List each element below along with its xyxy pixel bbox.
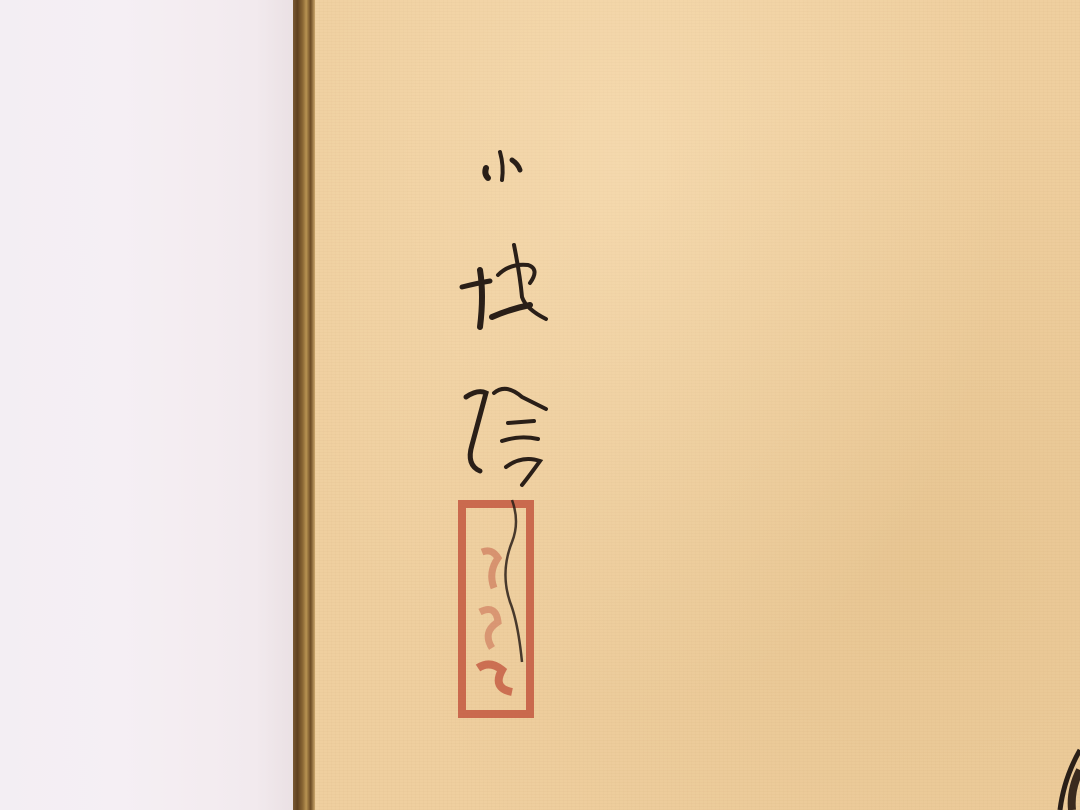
signature-char-ko [450, 140, 580, 200]
painted-figure-edge [1020, 730, 1080, 810]
signature-char-matsu [450, 235, 580, 345]
silk-painting-ground [315, 0, 1080, 810]
gilt-frame-edge [293, 0, 315, 810]
red-artist-seal [452, 492, 542, 722]
artist-signature: 小松絵 [450, 130, 580, 490]
signature-char-e [450, 375, 580, 490]
white-backdrop [0, 0, 300, 810]
